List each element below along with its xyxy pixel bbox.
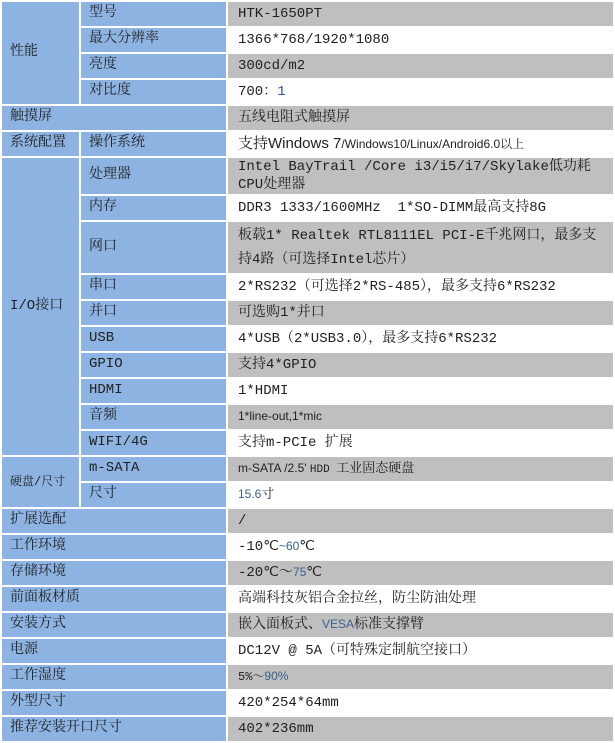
- spec-value-cell: 五线电阻式触摸屏: [228, 106, 613, 130]
- table-row: I/O接口处理器Intel BayTrail /Core i3/i5/i7/Sk…: [2, 158, 613, 194]
- value-segment: 高端科技灰铝合金拉丝，防尘防油处理: [238, 591, 476, 607]
- value-segment: 五线电阻式触摸屏: [238, 110, 350, 126]
- spec-value-cell: 5%～90%: [228, 665, 613, 689]
- value-segment: 300cd/m2: [238, 58, 305, 74]
- value-segment: ℃: [299, 539, 315, 555]
- value-segment: 1*line-out,1*mic: [238, 409, 322, 423]
- spec-label-cell: 操作系统: [81, 132, 226, 156]
- spec-value-cell: 高端科技灰铝合金拉丝，防尘防油处理: [228, 587, 613, 611]
- table-row: 性能型号HTK-1650PT: [2, 2, 613, 26]
- value-segment: 工业固态硬盘: [336, 461, 414, 476]
- value-segment: /: [238, 513, 246, 529]
- table-row: 工作湿度5%～90%: [2, 665, 613, 689]
- table-row: WIFI/4G支持m-PCIe 扩展: [2, 431, 613, 455]
- table-row: 硬盘/尺寸m-SATAm-SATA /2.5' HDD 工业固态硬盘: [2, 457, 613, 481]
- value-segment: -10℃: [238, 539, 279, 555]
- spec-value-cell: m-SATA /2.5' HDD 工业固态硬盘: [228, 457, 613, 481]
- spec-value-cell: -10℃~60℃: [228, 535, 613, 559]
- spec-label-cell: 处理器: [81, 158, 226, 194]
- spec-value-cell: 420*254*64mm: [228, 691, 613, 715]
- category-cell: 存储环境: [2, 561, 226, 585]
- value-segment: 板载1* Realtek RTL8111EL PCI-E千兆网口，最多支持4路（…: [238, 228, 596, 268]
- value-segment: 700：: [238, 84, 277, 100]
- category-cell: 触摸屏: [2, 106, 226, 130]
- spec-value-cell: 15.6寸: [228, 483, 613, 507]
- category-cell: 推荐安装开口尺寸: [2, 717, 226, 741]
- value-segment: 15.6: [238, 487, 261, 501]
- category-cell: 外型尺寸: [2, 691, 226, 715]
- table-row: 推荐安装开口尺寸402*236mm: [2, 717, 613, 741]
- value-segment: ℃: [306, 565, 322, 581]
- spec-label-cell: 内存: [81, 196, 226, 220]
- value-segment: 标准支撑臂: [354, 617, 424, 633]
- table-row: 前面板材质高端科技灰铝合金拉丝，防尘防油处理: [2, 587, 613, 611]
- category-cell: 硬盘/尺寸: [2, 457, 79, 507]
- spec-value-cell: DC12V @ 5A（可特殊定制航空接口）: [228, 639, 613, 663]
- value-segment: 402*236mm: [238, 721, 314, 737]
- value-segment: 可选购1*并口: [238, 305, 325, 321]
- spec-label-cell: 串口: [81, 275, 226, 299]
- spec-value-cell: 1*line-out,1*mic: [228, 405, 613, 429]
- table-row: 对比度700：1: [2, 80, 613, 104]
- category-cell: 前面板材质: [2, 587, 226, 611]
- table-row: 扩展选配/: [2, 509, 613, 533]
- spec-label-cell: m-SATA: [81, 457, 226, 481]
- spec-table: 性能型号HTK-1650PT最大分辨率1366*768/1920*1080亮度3…: [0, 0, 615, 743]
- category-cell: 安装方式: [2, 613, 226, 637]
- spec-value-cell: 402*236mm: [228, 717, 613, 741]
- table-row: 工作环境-10℃~60℃: [2, 535, 613, 559]
- table-row: 系统配置操作系统支持Windows 7/Windows10/Linux/Andr…: [2, 132, 613, 156]
- spec-label-cell: 对比度: [81, 80, 226, 104]
- table-row: 外型尺寸420*254*64mm: [2, 691, 613, 715]
- category-cell: I/O接口: [2, 158, 79, 455]
- spec-value-cell: 4*USB（2*USB3.0），最多支持6*RS232: [228, 327, 613, 351]
- value-segment: VESA: [322, 617, 354, 631]
- category-cell: 工作湿度: [2, 665, 226, 689]
- category-cell: 电源: [2, 639, 226, 663]
- spec-value-cell: /: [228, 509, 613, 533]
- category-cell: 性能: [2, 2, 79, 104]
- value-segment: HDD: [310, 464, 336, 476]
- value-segment: 4*USB（2*USB3.0），最多支持6*RS232: [238, 331, 497, 347]
- spec-label-cell: GPIO: [81, 353, 226, 377]
- spec-value-cell: -20℃～75℃: [228, 561, 613, 585]
- spec-value-cell: 板载1* Realtek RTL8111EL PCI-E千兆网口，最多支持4路（…: [228, 222, 613, 273]
- value-segment: -20℃～: [238, 565, 293, 581]
- category-cell: 工作环境: [2, 535, 226, 559]
- value-segment: 支持m-PCIe 扩展: [238, 435, 353, 451]
- spec-value-cell: 1366*768/1920*1080: [228, 28, 613, 52]
- value-segment: 支持Windows 7: [238, 135, 341, 152]
- table-row: USB4*USB（2*USB3.0），最多支持6*RS232: [2, 327, 613, 351]
- table-row: HDMI1*HDMI: [2, 379, 613, 403]
- table-row: 安装方式嵌入面板式、VESA标准支撑臂: [2, 613, 613, 637]
- spec-value-cell: Intel BayTrail /Core i3/i5/i7/Skylake低功耗…: [228, 158, 613, 194]
- spec-label-cell: 亮度: [81, 54, 226, 78]
- spec-label-cell: 尺寸: [81, 483, 226, 507]
- value-segment: 75: [293, 565, 306, 579]
- category-cell: 系统配置: [2, 132, 79, 156]
- spec-value-cell: 支持m-PCIe 扩展: [228, 431, 613, 455]
- table-row: 最大分辨率1366*768/1920*1080: [2, 28, 613, 52]
- spec-value-cell: 支持4*GPIO: [228, 353, 613, 377]
- value-segment: 支持4*GPIO: [238, 357, 316, 373]
- spec-label-cell: 音频: [81, 405, 226, 429]
- spec-value-cell: 2*RS232（可选择2*RS-485），最多支持6*RS232: [228, 275, 613, 299]
- spec-value-cell: 嵌入面板式、VESA标准支撑臂: [228, 613, 613, 637]
- value-segment: 1366*768/1920*1080: [238, 32, 389, 48]
- value-segment: ~60: [279, 539, 299, 553]
- table-row: 并口可选购1*并口: [2, 301, 613, 325]
- value-segment: 5%～: [238, 670, 264, 684]
- spec-value-cell: 可选购1*并口: [228, 301, 613, 325]
- table-row: 存储环境-20℃～75℃: [2, 561, 613, 585]
- spec-label-cell: WIFI/4G: [81, 431, 226, 455]
- table-row: 音频1*line-out,1*mic: [2, 405, 613, 429]
- table-row: 内存DDR3 1333/1600MHz 1*SO-DIMM最高支持8G: [2, 196, 613, 220]
- value-segment: 420*254*64mm: [238, 695, 339, 711]
- value-segment: 嵌入面板式、: [238, 617, 322, 633]
- table-row: GPIO支持4*GPIO: [2, 353, 613, 377]
- spec-label-cell: 并口: [81, 301, 226, 325]
- value-segment: 90%: [264, 669, 288, 683]
- value-segment: 1*HDMI: [238, 383, 288, 399]
- table-row: 尺寸15.6寸: [2, 483, 613, 507]
- table-row: 电源DC12V @ 5A（可特殊定制航空接口）: [2, 639, 613, 663]
- spec-label-cell: 网口: [81, 222, 226, 273]
- value-segment: /Windows10/Linux/Android6.0以上: [341, 137, 524, 151]
- spec-value-cell: 300cd/m2: [228, 54, 613, 78]
- spec-table-body: 性能型号HTK-1650PT最大分辨率1366*768/1920*1080亮度3…: [2, 2, 613, 741]
- spec-label-cell: USB: [81, 327, 226, 351]
- table-row: 触摸屏五线电阻式触摸屏: [2, 106, 613, 130]
- category-cell: 扩展选配: [2, 509, 226, 533]
- spec-label-cell: HDMI: [81, 379, 226, 403]
- spec-value-cell: 700：1: [228, 80, 613, 104]
- value-segment: Intel BayTrail /Core i3/i5/i7/Skylake低功耗…: [238, 159, 591, 193]
- table-row: 串口2*RS232（可选择2*RS-485），最多支持6*RS232: [2, 275, 613, 299]
- spec-value-cell: 支持Windows 7/Windows10/Linux/Android6.0以上: [228, 132, 613, 156]
- value-segment: 1: [277, 84, 285, 100]
- value-segment: DC12V @ 5A（可特殊定制航空接口）: [238, 643, 476, 659]
- table-row: 网口板载1* Realtek RTL8111EL PCI-E千兆网口，最多支持4…: [2, 222, 613, 273]
- value-segment: 2*RS232（可选择2*RS-485），最多支持6*RS232: [238, 279, 556, 295]
- value-segment: DDR3 1333/1600MHz 1*SO-DIMM最高支持8G: [238, 200, 546, 216]
- value-segment: HTK-1650PT: [238, 6, 322, 22]
- value-segment: 寸: [261, 487, 274, 502]
- spec-value-cell: 1*HDMI: [228, 379, 613, 403]
- spec-label-cell: 型号: [81, 2, 226, 26]
- spec-label-cell: 最大分辨率: [81, 28, 226, 52]
- spec-value-cell: HTK-1650PT: [228, 2, 613, 26]
- value-segment: m-SATA /2.5': [238, 461, 310, 475]
- spec-value-cell: DDR3 1333/1600MHz 1*SO-DIMM最高支持8G: [228, 196, 613, 220]
- table-row: 亮度300cd/m2: [2, 54, 613, 78]
